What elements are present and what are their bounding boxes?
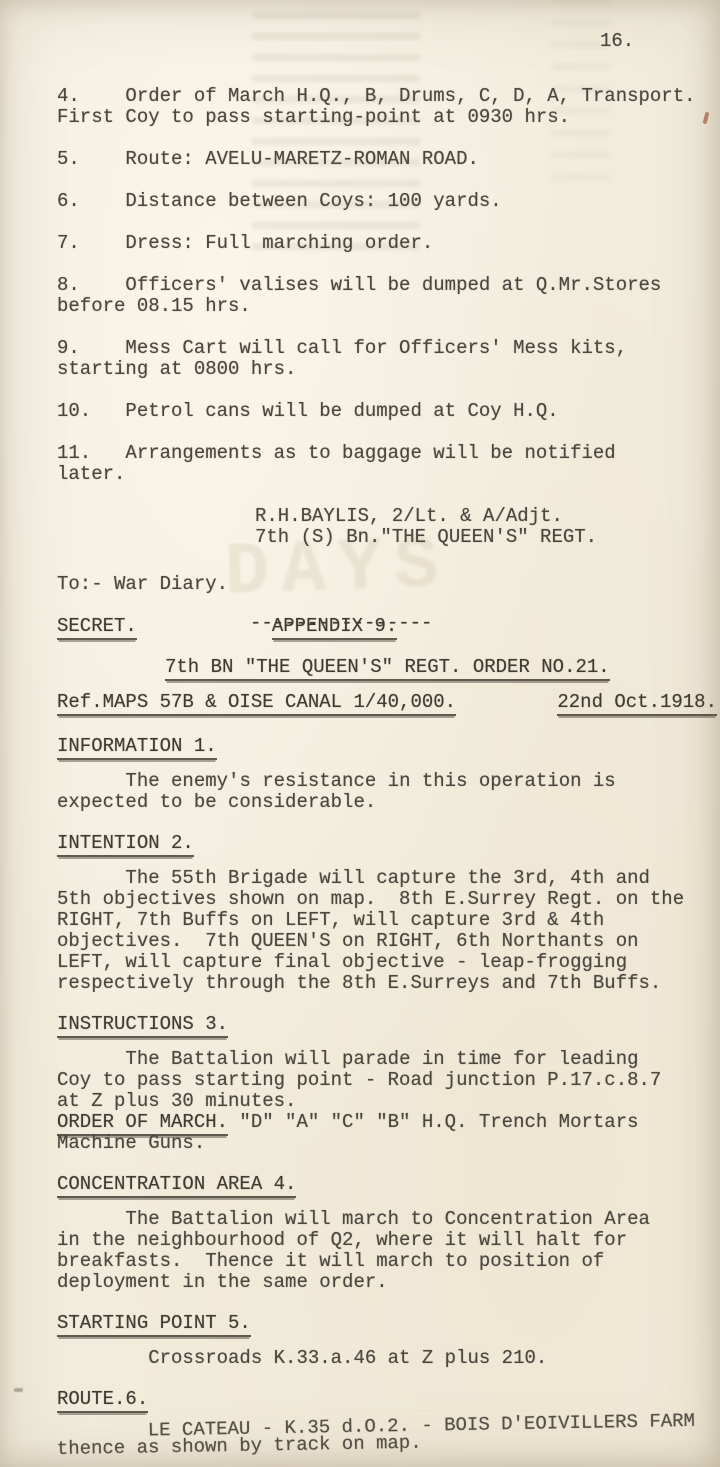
distribution-line: To:- War Diary. <box>57 574 717 595</box>
section-heading-intention: INTENTION 2. <box>57 832 194 857</box>
section-heading-starting-point: STARTING POINT 5. <box>57 1312 251 1337</box>
classification-row: SECRET. APPENDIX 9. <box>57 616 717 640</box>
appendix-label: APPENDIX 9. <box>272 616 397 640</box>
map-reference: Ref.MAPS 57B & OISE CANAL 1/40,000. <box>57 692 456 716</box>
order-item-5: 5. Route: AVELU-MARETZ-ROMAN ROAD. <box>57 149 717 170</box>
section-route: ROUTE.6. LE CATEAU - K.35 d.O.2. - BOIS … <box>57 1389 717 1458</box>
order-item-4: 4. Order of March H.Q., B, Drums, C, D, … <box>57 86 717 128</box>
section-body-instructions: The Battalion will parade in time for le… <box>57 1049 717 1112</box>
document-page: DAYS 16. 4. Order of March H.Q., B, Drum… <box>0 0 720 1467</box>
order-item-6: 6. Distance between Coys: 100 yards. <box>57 191 717 212</box>
battalion-order-block: SECRET. APPENDIX 9. 7th BN "THE QUEEN'S"… <box>57 616 717 1458</box>
section-information: INFORMATION 1. The enemy's resistance in… <box>57 736 717 813</box>
section-intention: INTENTION 2. The 55th Brigade will captu… <box>57 833 717 994</box>
section-body-intention: The 55th Brigade will capture the 3rd, 4… <box>57 868 717 994</box>
signature-unit: 7th (S) Bn."THE QUEEN'S" REGT. <box>255 527 717 548</box>
section-instructions: INSTRUCTIONS 3. The Battalion will parad… <box>57 1014 717 1154</box>
section-starting-point: STARTING POINT 5. Crossroads K.33.a.46 a… <box>57 1313 717 1369</box>
order-item-7: 7. Dress: Full marching order. <box>57 233 717 254</box>
ink-speck <box>14 1388 23 1392</box>
classification-label: SECRET. <box>57 616 137 640</box>
map-reference-row: Ref.MAPS 57B & OISE CANAL 1/40,000. 22nd… <box>57 692 717 716</box>
signature-name: R.H.BAYLIS, 2/Lt. & A/Adjt. <box>255 506 717 527</box>
section-heading-information: INFORMATION 1. <box>57 735 217 760</box>
signature-block: R.H.BAYLIS, 2/Lt. & A/Adjt. 7th (S) Bn."… <box>255 506 717 548</box>
section-body-route: LE CATEAU - K.35 d.O.2. - BOIS D'EOIVILL… <box>56 1412 716 1458</box>
section-body-concentration: The Battalion will march to Concentratio… <box>57 1209 717 1293</box>
order-item-11: 11. Arrangements as to baggage will be n… <box>57 443 717 485</box>
order-title: 7th BN "THE QUEEN'S" REGT. ORDER NO.21. <box>165 656 610 681</box>
section-heading-instructions: INSTRUCTIONS 3. <box>57 1013 228 1038</box>
page-number: 16. <box>600 31 634 52</box>
order-item-10: 10. Petrol cans will be dumped at Coy H.… <box>57 401 717 422</box>
section-heading-route: ROUTE.6. <box>57 1388 148 1413</box>
section-heading-concentration: CONCENTRATION AREA 4. <box>57 1173 296 1198</box>
section-body-information: The enemy's resistance in this operation… <box>57 771 717 813</box>
order-title-line: 7th BN "THE QUEEN'S" REGT. ORDER NO.21. <box>165 657 717 678</box>
section-concentration-area: CONCENTRATION AREA 4. The Battalion will… <box>57 1174 717 1293</box>
admin-order-block: 4. Order of March H.Q., B, Drums, C, D, … <box>57 86 717 634</box>
order-item-8: 8. Officers' valises will be dumped at Q… <box>57 275 717 317</box>
order-of-march-line: ORDER OF MARCH. "D" "A" "C" "B" H.Q. Tre… <box>57 1112 717 1154</box>
order-date: 22nd Oct.1918. <box>557 692 717 716</box>
section-body-starting-point: Crossroads K.33.a.46 at Z plus 210. <box>57 1348 717 1369</box>
order-item-9: 9. Mess Cart will call for Officers' Mes… <box>57 338 717 380</box>
